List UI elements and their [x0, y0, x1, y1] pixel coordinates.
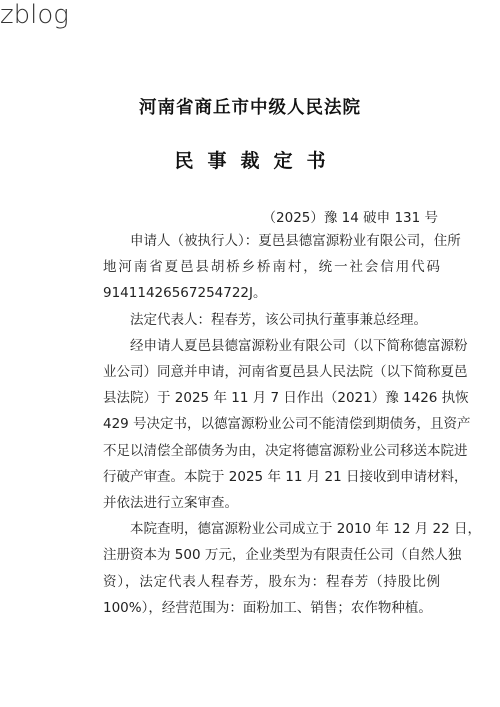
text-line: 不足以清偿全部债务为由，决定将德富源粉业公司移送本院进: [76, 438, 440, 464]
court-name-heading: 河南省商丘市中级人民法院: [0, 94, 500, 119]
paragraph-court-findings: 本院查明，德富源粉业公司成立于 2010 年 12 月 22 日， 注册资本为 …: [76, 516, 440, 621]
text-line: 县法院）于 2025 年 11 月 7 日作出（2021）豫 1426 执恢: [76, 385, 440, 411]
text-line: 注册资本为 500 万元，企业类型为有限责任公司（自然人独: [76, 542, 440, 568]
text-line: 91411426567254722J。: [76, 280, 440, 306]
text-line: 429 号决定书，以德富源粉业公司不能清偿到期债务，且资产: [76, 411, 440, 437]
document-type-title: 民事裁定书: [0, 146, 500, 173]
text-line: 经申请人夏邑县德富源粉业有限公司（以下简称德富源粉: [76, 333, 440, 359]
paragraph-case-background: 经申请人夏邑县德富源粉业有限公司（以下简称德富源粉 业公司）同意并申请，河南省夏…: [76, 333, 440, 516]
paragraph-applicant: 申请人（被执行人）：夏邑县德富源粉业有限公司，住所 地河南省夏邑县胡桥乡桥南村，…: [76, 228, 440, 307]
text-line: 业公司）同意并申请，河南省夏邑县人民法院（以下简称夏邑: [76, 359, 440, 385]
text-line: 资），法定代表人程春芳，股东为：程春芳（持股比例: [76, 569, 440, 595]
text-line: 行破产审查。本院于 2025 年 11 月 21 日接收到申请材料，: [76, 464, 440, 490]
text-line: 并依法进行立案审查。: [76, 490, 440, 516]
document-body: 申请人（被执行人）：夏邑县德富源粉业有限公司，住所 地河南省夏邑县胡桥乡桥南村，…: [76, 228, 440, 621]
paragraph-legal-representative: 法定代表人：程春芳，该公司执行董事兼总经理。: [76, 307, 440, 333]
text-line: 100%），经营范围为：面粉加工、销售；农作物种植。: [76, 595, 440, 621]
watermark-logo: zblog: [0, 0, 69, 30]
text-line: 本院查明，德富源粉业公司成立于 2010 年 12 月 22 日，: [76, 516, 440, 542]
text-line: 地河南省夏邑县胡桥乡桥南村，统一社会信用代码: [76, 254, 440, 280]
case-number: （2025）豫 14 破申 131 号: [263, 206, 438, 226]
text-line: 法定代表人：程春芳，该公司执行董事兼总经理。: [76, 307, 440, 333]
text-line: 申请人（被执行人）：夏邑县德富源粉业有限公司，住所: [76, 228, 440, 254]
